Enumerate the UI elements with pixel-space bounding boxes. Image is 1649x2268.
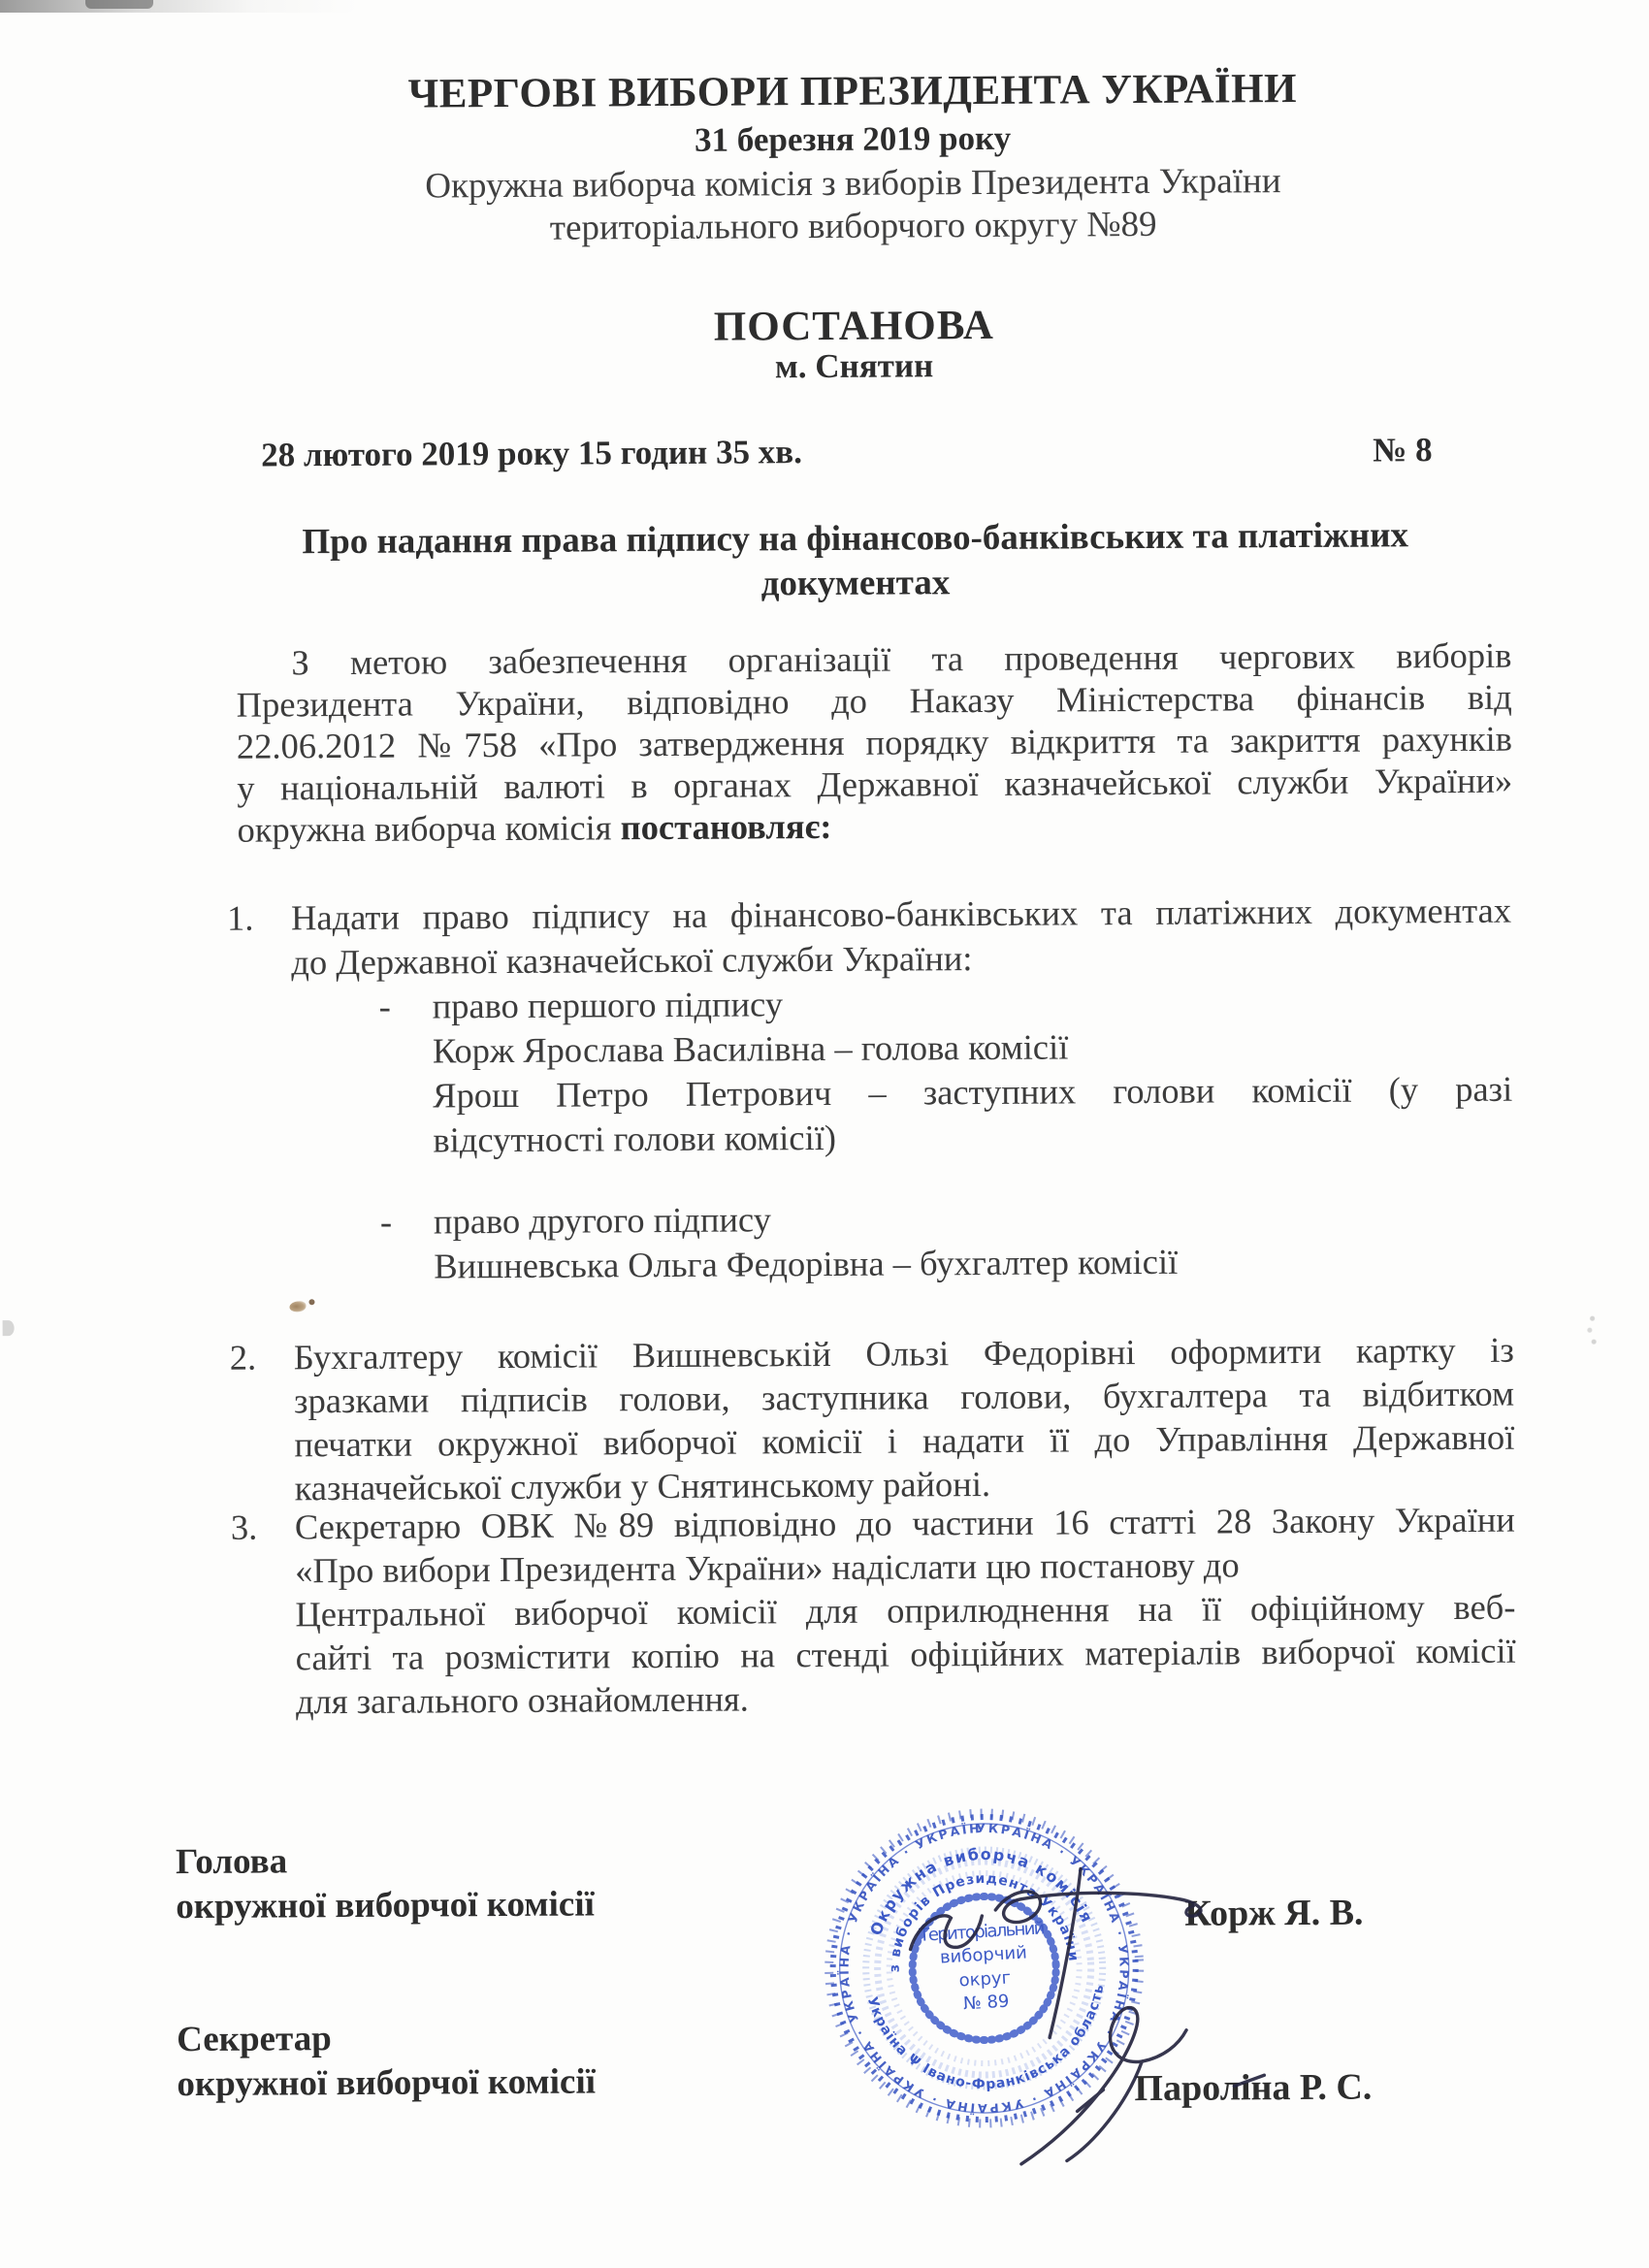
preamble-line-resolves: окружна виборча комісія постановляє: bbox=[237, 801, 1512, 851]
item1-name1: Корж Ярослава Василівна – голова комісії bbox=[433, 1022, 1512, 1074]
handwritten-signatures bbox=[850, 1831, 1337, 2221]
item1-line: до Державної казначейської служби Україн… bbox=[291, 933, 1511, 986]
item3-line: «Про вибори Президента України» надіслат… bbox=[295, 1541, 1515, 1593]
document-page: ЧЕРГОВІ ВИБОРИ ПРЕЗИДЕНТА УКРАЇНИ 31 бер… bbox=[0, 0, 1649, 2268]
list-item-2: 2. Бухгалтеру комісії Вишневській Ользі … bbox=[228, 1328, 1515, 1510]
header-org-line1: Окружна виборча комісія з виборів Презид… bbox=[189, 159, 1516, 209]
scan-speck-right bbox=[1586, 1311, 1600, 1349]
scanned-sheet: ЧЕРГОВІ ВИБОРИ ПРЕЗИДЕНТА УКРАЇНИ 31 бер… bbox=[0, 0, 1649, 2268]
item2-line: зразками підписів голови, заступника гол… bbox=[294, 1372, 1514, 1423]
preamble-resolves-bold: постановляє: bbox=[621, 806, 832, 847]
preamble: З метою забезпечення організації та пров… bbox=[236, 634, 1512, 851]
item1-sub2: -право другого підпису bbox=[293, 1193, 1513, 1246]
sub-dash: - bbox=[380, 1199, 434, 1244]
chair-title: Голова окружної виборчої комісії bbox=[176, 1837, 595, 1929]
doc-city: м. Снятин bbox=[190, 343, 1517, 390]
item1-name2-line2: відсутності голови комісії) bbox=[433, 1112, 1512, 1163]
chair-title-line2: окружної виборчої комісії bbox=[176, 1882, 595, 1929]
secretary-signature-stroke bbox=[1020, 2007, 1187, 2164]
sub-dash: - bbox=[378, 984, 432, 1028]
signatures-ink-graphic bbox=[850, 1831, 1337, 2221]
doc-datetime: 28 лютого 2019 року 15 годин 35 хв. bbox=[261, 433, 802, 474]
secretary-signature-stroke bbox=[1234, 2075, 1264, 2086]
item1-sub2-name: Вишневська Ольга Федорівна – бухгалтер к… bbox=[434, 1238, 1513, 1289]
item1-sub1: -право першого підпису bbox=[291, 978, 1511, 1030]
item3-line: Секретарю ОВК №89 відповідно до частини … bbox=[295, 1498, 1515, 1549]
secretary-title-line1: Секретар bbox=[177, 2015, 596, 2062]
scanner-edge-smudge-dark bbox=[85, 0, 153, 9]
list-item-3: 3. Секретарю ОВК №89 відповідно до части… bbox=[229, 1498, 1516, 1724]
list-item-2-marker: 2. bbox=[230, 1336, 257, 1379]
paper-stain-dot bbox=[308, 1299, 314, 1305]
header-subtitle: 31 березня 2019 року bbox=[189, 116, 1516, 163]
secretary-signature-stroke bbox=[1077, 2090, 1103, 2111]
preamble-line: у національній валюті в органах Державно… bbox=[237, 760, 1512, 809]
header-title: ЧЕРГОВІ ВИБОРИ ПРЕЗИДЕНТА УКРАЇНИ bbox=[189, 64, 1516, 119]
doc-number: № 8 bbox=[1373, 431, 1433, 470]
list-item-1-sub2: -право другого підпису Вишневська Ольга … bbox=[227, 1193, 1514, 1290]
doc-subject-line1: Про надання права підпису на фінансово-б… bbox=[192, 514, 1519, 564]
chair-signature-stroke bbox=[995, 1891, 1201, 1923]
list-item-1-marker: 1. bbox=[227, 896, 254, 941]
item3-line: Центральної виборчої комісії для оприлюд… bbox=[295, 1585, 1515, 1636]
paper-stain bbox=[289, 1301, 306, 1312]
preamble-resolves-regular: окружна виборча комісія bbox=[237, 807, 620, 849]
item2-line: печатки окружної виборчої комісії і нада… bbox=[294, 1415, 1514, 1467]
chair-title-line1: Голова bbox=[176, 1837, 595, 1885]
item3-line: сайті та розмістити копію на стенді офіц… bbox=[296, 1629, 1516, 1680]
scan-speck-left bbox=[3, 1320, 15, 1336]
header-org-line2: територіального виборчого округу №89 bbox=[190, 202, 1517, 251]
item1-name2-line1: Ярош Петро Петрович – заступних голови к… bbox=[433, 1067, 1512, 1118]
item1-line: Надати право підпису на фінансово-банків… bbox=[291, 889, 1511, 941]
secretary-title-line2: окружної виборчої комісії bbox=[177, 2059, 596, 2107]
item3-line: для загального ознайомлення. bbox=[296, 1672, 1516, 1724]
item1-sub2-label: право другого підпису bbox=[434, 1199, 771, 1241]
item1-sub1-label: право першого підпису bbox=[432, 984, 783, 1025]
list-item-1: 1. Надати право підпису на фінансово-бан… bbox=[225, 889, 1513, 1164]
scanner-edge-smudge bbox=[0, 0, 359, 13]
chair-signature-stroke bbox=[910, 1916, 982, 1950]
secretary-title: Секретар окружної виборчої комісії bbox=[177, 2015, 596, 2107]
doc-subject-line2: документах bbox=[192, 559, 1519, 608]
list-item-3-marker: 3. bbox=[231, 1506, 258, 1549]
item2-line: Бухгалтеру комісії Вишневській Ользі Фед… bbox=[294, 1328, 1514, 1379]
